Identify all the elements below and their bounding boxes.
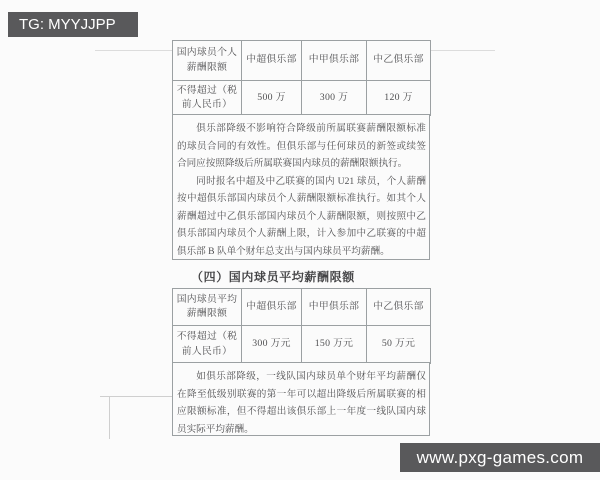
regulation-paragraph: 俱乐部降级不影响符合降级前所属联赛薪酬限额标准的球员合同的有效性。但俱乐部与任何… [177, 120, 426, 173]
regulation-paragraph: 如俱乐部降级，一线队国内球员单个财年平均薪酬仅在降至低级别联赛的第一年可以超出降… [177, 368, 426, 436]
average-salary-cap-table: 国内球员平均薪酬限额 中超俱乐部 中甲俱乐部 中乙俱乐部 不得超过（税前人民币）… [172, 288, 431, 364]
table-header-cell: 中超俱乐部 [242, 289, 302, 326]
watermark-bottom-text: www.pxg-games.com [417, 448, 584, 467]
regulation-paragraph: 同时报名中超及中乙联赛的国内 U21 球员，个人薪酬按中超俱乐部国内球员个人薪酬… [177, 173, 426, 261]
table-row-label-cell: 不得超过（税前人民币） [173, 81, 242, 116]
table-value-cell: 50 万元 [367, 326, 431, 364]
table-row: 不得超过（税前人民币） 500 万 300 万 120 万 [173, 81, 431, 116]
individual-salary-note-box: 俱乐部降级不影响符合降级前所属联赛薪酬限额标准的球员合同的有效性。但俱乐部与任何… [172, 114, 430, 260]
table-row: 国内球员个人薪酬限额 中超俱乐部 中甲俱乐部 中乙俱乐部 [173, 41, 431, 81]
section-heading: （四）国内球员平均薪酬限额 [191, 268, 355, 285]
table-header-cell: 中乙俱乐部 [367, 289, 431, 326]
table-header-cell: 国内球员平均薪酬限额 [173, 289, 242, 326]
table-header-cell: 中甲俱乐部 [302, 41, 367, 81]
individual-salary-cap-table: 国内球员个人薪酬限额 中超俱乐部 中甲俱乐部 中乙俱乐部 不得超过（税前人民币）… [172, 40, 431, 116]
table-row: 国内球员平均薪酬限额 中超俱乐部 中甲俱乐部 中乙俱乐部 [173, 289, 431, 326]
table-value-cell: 300 万 [302, 81, 367, 116]
table-row-label-cell: 不得超过（税前人民币） [173, 326, 242, 364]
table-value-cell: 300 万元 [242, 326, 302, 364]
scan-artifact-line-bottom [100, 396, 172, 397]
watermark-top-bar: TG: MYYJJPP [8, 12, 138, 37]
watermark-top-text: TG: MYYJJPP [19, 16, 116, 33]
document-scan-page: TG: MYYJJPP 国内球员个人薪酬限额 中超俱乐部 中甲俱乐部 中乙俱乐部… [0, 0, 600, 480]
watermark-bottom-bar: www.pxg-games.com [400, 443, 600, 472]
table-value-cell: 500 万 [242, 81, 302, 116]
table-value-cell: 120 万 [367, 81, 431, 116]
table-header-cell: 国内球员个人薪酬限额 [173, 41, 242, 81]
table-row: 不得超过（税前人民币） 300 万元 150 万元 50 万元 [173, 326, 431, 364]
table-header-cell: 中超俱乐部 [242, 41, 302, 81]
average-salary-note-box: 如俱乐部降级，一线队国内球员单个财年平均薪酬仅在降至低级别联赛的第一年可以超出降… [172, 362, 430, 436]
scan-artifact-line-vertical [109, 396, 110, 439]
table-value-cell: 150 万元 [302, 326, 367, 364]
table-header-cell: 中甲俱乐部 [302, 289, 367, 326]
table-header-cell: 中乙俱乐部 [367, 41, 431, 81]
